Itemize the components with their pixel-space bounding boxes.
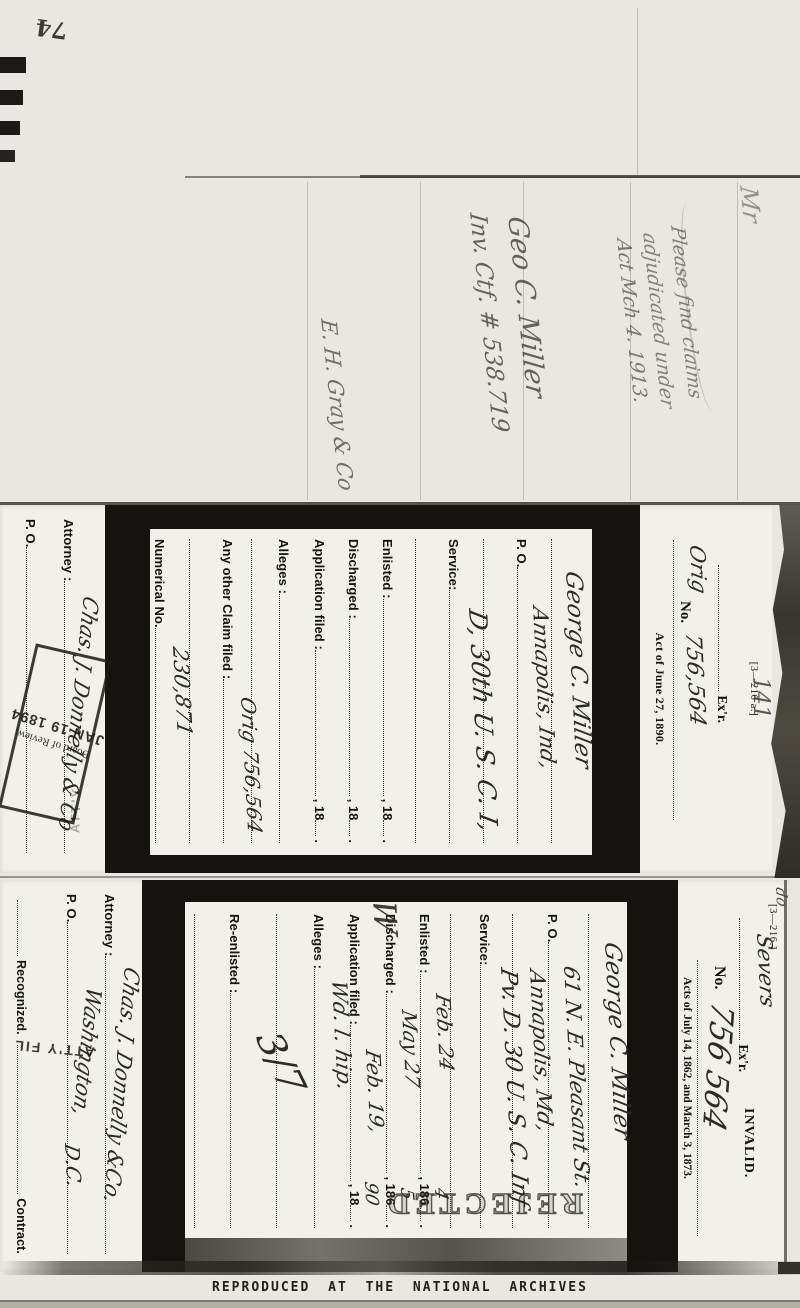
po-label: P. O. — [545, 914, 560, 942]
application-mark: W — [365, 896, 405, 937]
enlisted-date: Feb. 24 — [431, 992, 459, 1073]
acts-line: Acts of July 14, 1862, and March 3, 1873… — [681, 910, 693, 1246]
dotted-line — [673, 540, 674, 820]
dotted-line — [349, 820, 362, 836]
blank-row — [191, 914, 207, 1228]
film-edge-mark — [0, 150, 15, 162]
alleges-row: Alleges : — [276, 539, 292, 843]
attorney-po-label: P. O. — [23, 519, 38, 547]
dotted-line — [349, 619, 362, 796]
alleges-label: Alleges : — [276, 539, 291, 594]
discharged-row: Discharged : , 18 . — [346, 539, 362, 843]
dotted-line — [315, 650, 328, 796]
film-bar — [105, 505, 150, 873]
edge-scrawl: 141 — [747, 653, 773, 743]
examiner-label: Ex'r. — [735, 1040, 751, 1072]
dotted-line — [314, 969, 327, 1228]
blank-row — [412, 539, 428, 843]
period: . — [347, 1221, 362, 1228]
claim-number: 756,564 — [680, 631, 710, 728]
application-date: Feb. 19, — [361, 1048, 389, 1136]
film-edge-mark — [0, 90, 23, 105]
rejected-stamp: REJECTED — [383, 1180, 583, 1226]
corner-note: do — [772, 886, 791, 908]
film-bar — [627, 880, 678, 1272]
service-label: Service: — [477, 914, 492, 965]
period: . — [346, 836, 361, 843]
po-label: P. O. — [514, 539, 529, 567]
other-claim-label: Any other Claim filed : — [220, 539, 235, 679]
enlisted-label: Enlisted : — [380, 539, 395, 599]
dotted-line — [155, 628, 168, 843]
dotted-line — [449, 590, 462, 843]
soldier-name: George C. Miller — [560, 569, 596, 770]
contract-label: Contract. — [14, 1194, 28, 1254]
dotted-line — [279, 594, 292, 843]
dotted-line — [194, 914, 207, 1228]
crease-line — [637, 8, 638, 175]
film-strip — [150, 855, 592, 873]
film-bar — [142, 880, 185, 1272]
attorney-po-label: P. O. — [64, 894, 79, 922]
service-label: Service: — [446, 539, 461, 590]
page-number: 74 — [28, 5, 76, 45]
examiner-row: Ex'r. — [736, 918, 752, 1072]
attorney-po-value-2: D.C. — [60, 1142, 86, 1190]
discharged-label: Discharged : — [346, 539, 361, 619]
footer-smudge-band — [0, 1261, 800, 1275]
film-edge-line — [784, 880, 787, 1268]
year-prefix: , 18 — [312, 796, 327, 821]
invalid-label: INVALID. — [740, 1108, 756, 1178]
dotted-line — [17, 900, 30, 956]
reenlisted-row: Re-enlisted : — [227, 914, 243, 1228]
film-edge-mark — [778, 1262, 800, 1274]
pension-card-1890: [3—216 a.] Ex'r. Orig No. 756,564 Act of… — [0, 505, 775, 873]
recognized-contract-row: Recognized. Contract. — [14, 900, 30, 1254]
recognized-label: Recognized. — [14, 956, 28, 1035]
dotted-line — [315, 820, 328, 836]
archives-caption: REPRODUCED AT THE NATIONAL ARCHIVES — [0, 1280, 800, 1295]
service-value: D, 30th U. S. C. I, — [463, 607, 503, 835]
film-strip — [185, 880, 627, 902]
enlisted-row: Enlisted : , 18 . — [380, 539, 396, 843]
claim-number: 756 564 — [695, 998, 740, 1135]
note-line: Mr — [734, 185, 766, 224]
stamp-text: Board of Review. JAN 19 1894 — [4, 705, 106, 764]
numerical-label: Numerical No. — [152, 539, 167, 628]
numerical-row: Numerical No. — [152, 539, 168, 843]
period: . — [380, 836, 395, 843]
dotted-line — [230, 993, 243, 1228]
reenlisted-mark: 3/7 — [247, 1026, 315, 1099]
note-signature: Geo C. Miller — [501, 215, 552, 399]
film-strip — [150, 505, 592, 529]
scanned-pension-document: 74 Mr Please find claims adjudicated und… — [0, 0, 800, 1308]
card-fields: George C. Miller P. O. Annapolis, Ind, S… — [150, 505, 592, 873]
dotted-line — [17, 1045, 30, 1195]
dotted-line — [383, 820, 396, 836]
year-prefix: , 18 — [346, 796, 361, 821]
alleges-label: Alleges : — [311, 914, 326, 969]
discharged-date: May 27 — [397, 1008, 425, 1089]
application-label: Application filed : — [312, 539, 327, 650]
year-prefix: , 18 — [380, 796, 395, 821]
attorney-label: Attorney : — [61, 519, 76, 581]
orig-handwritten: Orig — [685, 543, 711, 596]
enlisted-label: Enlisted : — [417, 914, 432, 974]
application-row: Application filed : , 18 . — [312, 539, 328, 843]
examiner-label: Ex'r. — [714, 691, 730, 723]
dotted-line — [739, 918, 752, 1040]
dotted-line — [223, 679, 236, 843]
film-bar — [592, 505, 640, 873]
card-margin: Attorney : Chas. J. Donnelly &Co. P. O. … — [0, 880, 142, 1272]
handwritten-note: Mr Please find claims adjudicated under … — [185, 170, 800, 505]
po-row: P. O. — [514, 539, 530, 843]
dotted-line — [350, 1205, 363, 1221]
dotted-line — [718, 565, 731, 691]
no-label: No. — [710, 966, 728, 990]
period: . — [312, 836, 327, 843]
film-edge-mark — [0, 121, 20, 135]
reenlisted-label: Re-enlisted : — [227, 914, 242, 993]
act-line: Act of June 27, 1890. — [652, 505, 667, 873]
service-row: Service: — [446, 539, 462, 843]
examiner-row: Ex'r. — [715, 565, 731, 723]
bottom-border-strip — [0, 1300, 800, 1308]
dotted-line — [383, 599, 396, 796]
examiner-name: Severs — [752, 932, 780, 1009]
fold-line — [0, 876, 800, 878]
alleges-row: Alleges : — [311, 914, 327, 1228]
other-claim-row: Any other Claim filed : — [220, 539, 236, 843]
attorney-label: Attorney : — [102, 894, 117, 956]
numerical-value: 230,871 — [168, 645, 197, 738]
no-label: No. — [676, 601, 693, 623]
note-attorney-signature: E. H. Gray & Co — [316, 318, 358, 492]
film-edge-mark — [0, 57, 26, 73]
application-year-digits: 90 — [360, 1180, 382, 1207]
dotted-line — [415, 539, 428, 843]
card-header: do [3—216.] Ex'r. Severs INVALID. No. 75… — [678, 880, 790, 1272]
